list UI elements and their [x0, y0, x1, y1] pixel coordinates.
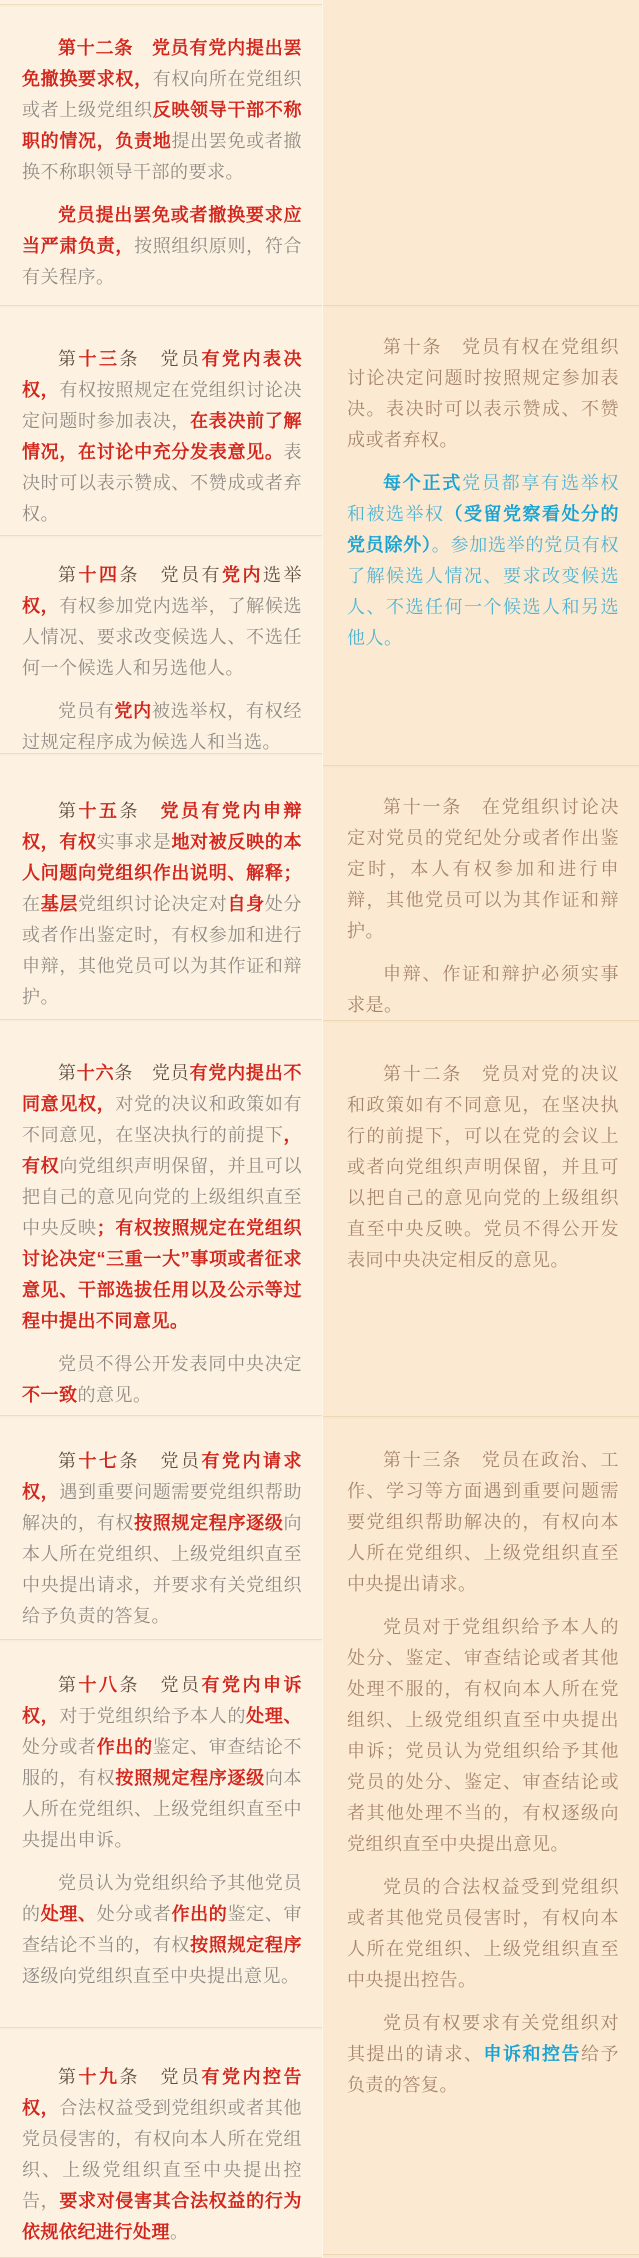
- paragraph: 第十八条 党员有党内申诉权，对于党组织给予本人的处理、处分或者作出的鉴定、审查结…: [22, 1670, 302, 1856]
- text-run: 十七: [79, 1451, 120, 1471]
- text-run: 申诉和控告: [484, 2044, 582, 2064]
- paragraph: 第十五条 党员有党内申辩权，有权实事求是地对被反映的本人问题向党组织作出说明、解…: [22, 796, 302, 1013]
- paragraph: 第十条 党员有权在党组织讨论决定问题时按照规定参加表决。表决时可以表示赞成、不赞…: [347, 332, 619, 456]
- paragraph: 党员对于党组织给予本人的处分、鉴定、审查结论或者其他处理不服的，有权向本人所在党…: [347, 1612, 619, 1860]
- paragraph: 党员不得公开发表同中央决定不一致的意见。: [22, 1349, 302, 1411]
- text-run: 第: [58, 565, 79, 585]
- paragraph: 第十三条 党员在政治、工作、学习等方面遇到重要问题需要党组织帮助解决的，有权向本…: [347, 1445, 619, 1600]
- text-run: 有权参加党内选举，了解候选人情况、要求改变候选人、不选任何一个候选人和另选他人。: [22, 596, 302, 678]
- right-column: 第十条 党员有权在党组织讨论决定问题时按照规定参加表决。表决时可以表示赞成、不赞…: [322, 0, 639, 2258]
- text-run: 处分或者: [22, 1737, 97, 1757]
- text-run: 第: [58, 801, 79, 821]
- text-run: 处理、: [41, 1904, 97, 1924]
- paragraph: 党员认为党组织给予其他党员的处理、处分或者作出的鉴定、审查结论不当的，有权按照规…: [22, 1868, 302, 1992]
- text-run: 十四: [79, 565, 120, 585]
- text-run: 作出的: [171, 1904, 227, 1924]
- paragraph: 第十七条 党员有党内请求权，遇到重要问题需要党组织帮助解决的，有权按照规定程序逐…: [22, 1446, 302, 1632]
- paragraph: 第十二条 党员对党的决议和政策如有不同意见，在坚决执行的前提下，可以在党的会议上…: [347, 1059, 619, 1276]
- article-section-r12: 第十二条 党员对党的决议和政策如有不同意见，在坚决执行的前提下，可以在党的会议上…: [323, 1023, 639, 1417]
- text-run: 十五: [79, 801, 120, 821]
- text-run: 条 党员: [120, 1451, 202, 1471]
- paragraph: 党员的合法权益受到党组织或者其他党员侵害时，有权向本人所在党组织、上级党组织直至…: [347, 1872, 619, 1996]
- text-run: 党员不得公开发表同中央决定: [58, 1354, 302, 1374]
- text-run: 条: [120, 801, 161, 821]
- article-section-l14: 第十四条 党员有党内选举权，有权参加党内选举，了解候选人情况、要求改变候选人、不…: [0, 538, 322, 754]
- text-run: 十九: [79, 2067, 120, 2087]
- text-run: 十八: [79, 1675, 120, 1695]
- text-run: 不一致: [22, 1385, 78, 1405]
- article-section-rEmpty: [323, 0, 639, 306]
- text-run: 的意见。: [78, 1385, 152, 1405]
- article-section-l13: 第十三条 党员有党内表决权，有权按照规定在党组织讨论决定问题时参加表决，在表决前…: [0, 308, 322, 536]
- text-run: 按照规定程序逐级: [115, 1768, 264, 1788]
- left-column: 第十二条 党员有党内提出罢免撤换要求权，有权向所在党组织或者上级党组织反映领导干…: [0, 0, 322, 2258]
- text-run: 对于党组织给予本人的: [59, 1706, 246, 1726]
- text-run: 十三: [79, 349, 120, 369]
- paragraph: 每个正式党员都享有选举权和被选举权（受留党察看处分的党员除外）。参加选举的党员有…: [347, 468, 619, 654]
- text-run: 第: [58, 1063, 77, 1083]
- text-run: 第: [58, 1675, 79, 1695]
- text-run: 党内: [222, 565, 263, 585]
- paragraph: 第十九条 党员有党内控告权，合法权益受到党组织或者其他党员侵害的，有权向本人所在…: [22, 2062, 302, 2248]
- text-run: 逐级向党组织直至中央提出意见。: [22, 1966, 300, 1986]
- text-run: 每个正式: [383, 473, 462, 493]
- text-run: 条 党员: [120, 349, 202, 369]
- text-run: 作出的: [97, 1737, 153, 1757]
- text-run: 选举: [263, 565, 302, 585]
- article-section-l16: 第十六条 党员有党内提出不同意见权，对党的决议和政策如有不同意见，在坚决执行的前…: [0, 1022, 322, 1416]
- text-run: 条 党员: [120, 1675, 202, 1695]
- text-run: 按照规定程序: [190, 1935, 302, 1955]
- text-run: 第: [58, 349, 79, 369]
- paragraph: 第十六条 党员有党内提出不同意见权，对党的决议和政策如有不同意见，在坚决执行的前…: [22, 1058, 302, 1337]
- paragraph: 第十四条 党员有党内选举权，有权参加党内选举，了解候选人情况、要求改变候选人、不…: [22, 560, 302, 684]
- text-run: 第十二条 党员对党的决议和政策如有不同意见，在坚决执行的前提下，可以在党的会议上…: [347, 1064, 619, 1270]
- text-run: 要求对侵害其合法权益的行为依规依纪进行处理: [22, 2191, 302, 2242]
- article-section-r11: 第十一条 在党组织讨论决定对党员的党纪处分或者作出鉴定时，本人有权参加和进行申辩…: [323, 768, 639, 1021]
- text-run: 处理、: [246, 1706, 302, 1726]
- text-run: 条 党员有: [120, 565, 223, 585]
- paragraph: 申辩、作证和辩护必须实事求是。: [347, 959, 619, 1021]
- article-section-l15: 第十五条 党员有党内申辩权，有权实事求是地对被反映的本人问题向党组织作出说明、解…: [0, 756, 322, 1020]
- text-run: 党员的合法权益受到党组织或者其他党员侵害时，有权向本人所在党组织、上级党组织直至…: [347, 1877, 619, 1990]
- text-run: 处分或者: [97, 1904, 172, 1924]
- text-run: 实事求是: [97, 832, 172, 852]
- article-section-r13: 第十三条 党员在政治、工作、学习等方面遇到重要问题需要党组织帮助解决的，有权向本…: [323, 1419, 639, 2255]
- text-run: 第十三条 党员在政治、工作、学习等方面遇到重要问题需要党组织帮助解决的，有权向本…: [347, 1450, 619, 1594]
- text-run: 党员对于党组织给予本人的处分、鉴定、审查结论或者其他处理不服的，有权向本人所在党…: [347, 1617, 619, 1854]
- paragraph: 党员提出罢免或者撤换要求应当严肃负责，按照组织原则，符合有关程序。: [22, 200, 302, 293]
- paragraph: 党员有党内被选举权，有权经过规定程序成为候选人和当选。: [22, 696, 302, 754]
- article-section-l17: 第十七条 党员有党内请求权，遇到重要问题需要党组织帮助解决的，有权按照规定程序逐…: [0, 1418, 322, 1640]
- text-run: 第: [58, 2067, 79, 2087]
- article-section-r10: 第十条 党员有权在党组织讨论决定问题时按照规定参加表决。表决时可以表示赞成、不赞…: [323, 308, 639, 766]
- text-run: 十六: [77, 1063, 115, 1083]
- text-run: 。: [170, 2222, 189, 2242]
- text-run: 自身: [227, 894, 264, 914]
- text-run: 权，: [22, 596, 59, 616]
- article-section-l12: 第十二条 党员有党内提出罢免撤换要求权，有权向所在党组织或者上级党组织反映领导干…: [0, 7, 322, 306]
- text-run: 第十条 党员有权在党组织讨论决定问题时按照规定参加表决。表决时可以表示赞成、不赞…: [347, 337, 619, 450]
- text-run: 条 党员: [114, 1063, 189, 1083]
- text-run: 按照规定程序逐级: [134, 1513, 283, 1533]
- text-run: 在: [22, 894, 41, 914]
- article-section-l19: 第十九条 党员有党内控告权，合法权益受到党组织或者其他党员侵害的，有权向本人所在…: [0, 2030, 322, 2258]
- text-run: 基层: [41, 894, 78, 914]
- paragraph: 党员有权要求有关党组织对其提出的请求、申诉和控告给予负责的答复。: [347, 2008, 619, 2101]
- text-run: 党员有: [58, 701, 114, 721]
- paragraph: 第十二条 党员有党内提出罢免撤换要求权，有权向所在党组织或者上级党组织反映领导干…: [22, 33, 302, 188]
- comparison-document: 第十二条 党员有党内提出罢免撤换要求权，有权向所在党组织或者上级党组织反映领导干…: [0, 0, 639, 2258]
- text-run: 党组织讨论决定对: [78, 894, 227, 914]
- paragraph: 第十三条 党员有党内表决权，有权按照规定在党组织讨论决定问题时参加表决，在表决前…: [22, 344, 302, 530]
- text-run: 条 党员: [120, 2067, 202, 2087]
- article-section-l18: 第十八条 党员有党内申诉权，对于党组织给予本人的处理、处分或者作出的鉴定、审查结…: [0, 1642, 322, 2028]
- text-run: 申辩、作证和辩护必须实事求是。: [347, 964, 619, 1015]
- text-run: 第十一条 在党组织讨论决定对党员的党纪处分或者作出鉴定时，本人有权参加和进行申辩…: [347, 797, 619, 941]
- text-run: 第: [58, 1451, 79, 1471]
- text-run: 党内: [114, 701, 152, 721]
- paragraph: 第十一条 在党组织讨论决定对党员的党纪处分或者作出鉴定时，本人有权参加和进行申辩…: [347, 792, 619, 947]
